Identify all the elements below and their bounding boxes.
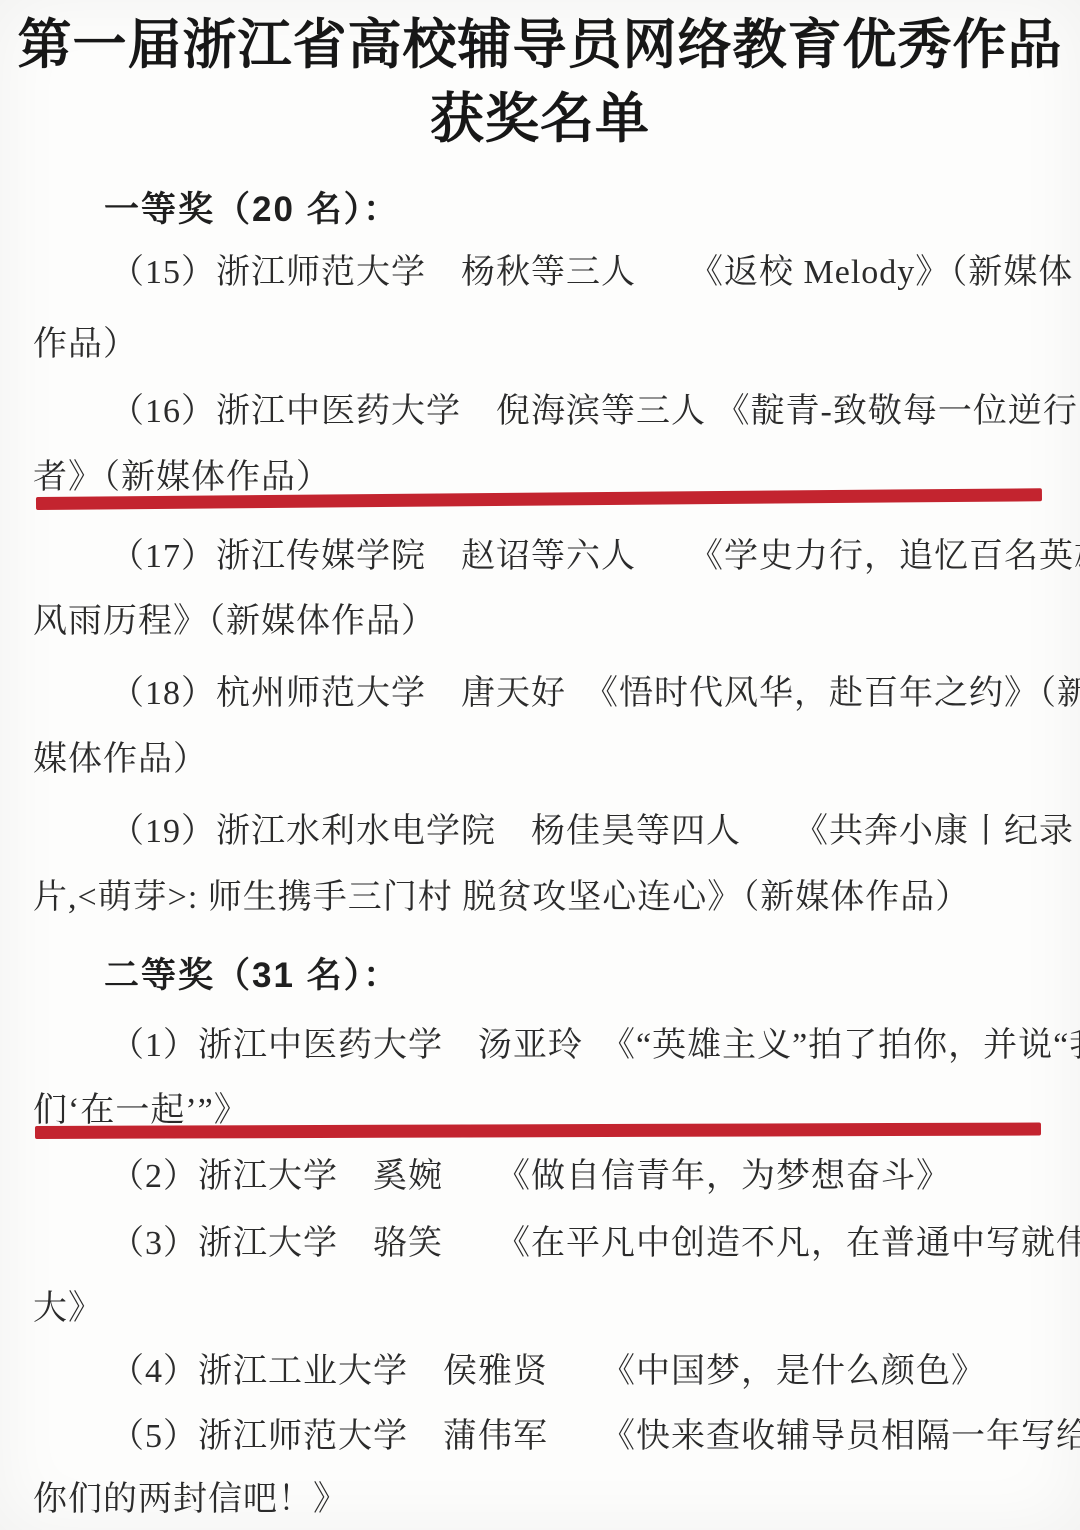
- title-line-2: 获奖名单: [0, 88, 1080, 150]
- entry-15-line-1: （15）浙江师范大学 杨秋等三人 《返校 Melody》（新媒体: [110, 253, 1073, 292]
- entry-3-line-2: 大》: [33, 1289, 103, 1328]
- entry-18-line-1: （18）杭州师范大学 唐天好 《悟时代风华，赴百年之约》（新: [110, 674, 1080, 713]
- title-line-1: 第一届浙江省高校辅导员网络教育优秀作品: [0, 14, 1080, 76]
- entry-17-line-1: （17）浙江传媒学院 赵诏等六人 《学史力行，追忆百名英雄: [110, 537, 1080, 576]
- second-prize-header: 二等奖（31 名）：: [104, 956, 400, 996]
- entry-18-line-2: 媒体作品）: [33, 740, 208, 779]
- entry-19-line-1: （19）浙江水利水电学院 杨佳昊等四人 《共奔小康丨纪录: [110, 812, 1074, 851]
- document-page: 第一届浙江省高校辅导员网络教育优秀作品获奖名单一等奖（20 名）：（15）浙江师…: [0, 0, 1080, 1530]
- entry-3-line-1: （3）浙江大学 骆笑 《在平凡中创造不凡，在普通中写就伟: [110, 1224, 1080, 1263]
- entry-5-line-2: 你们的两封信吧！》: [33, 1480, 348, 1519]
- entry-1-line-1: （1）浙江中医药大学 汤亚玲 《“英雄主义”拍了拍你，并说“我: [110, 1026, 1080, 1065]
- entry-17-line-2: 风雨历程》（新媒体作品）: [33, 602, 436, 641]
- entry-16-line-1: （16）浙江中医药大学 倪海滨等三人 《靛青-致敬每一位逆行: [110, 392, 1078, 431]
- entry-2-line-1: （2）浙江大学 奚婉 《做自信青年，为梦想奋斗》: [110, 1157, 951, 1196]
- entry-5-line-1: （5）浙江师范大学 蒲伟军 《快来查收辅导员相隔一年写给: [110, 1417, 1080, 1456]
- entry-19-line-2: 片,<萌芽>: 师生携手三门村 脱贫攻坚心连心》（新媒体作品）: [33, 878, 970, 917]
- entry-15-line-2: 作品）: [33, 325, 138, 364]
- entry-4-line-1: （4）浙江工业大学 侯雅贤 《中国梦，是什么颜色》: [110, 1352, 986, 1391]
- red-underline-2: [35, 1122, 1041, 1139]
- entry-1-line-2: 们‘在一起’”》: [33, 1091, 249, 1130]
- entry-16-line-2: 者》（新媒体作品）: [33, 458, 331, 497]
- first-prize-header: 一等奖（20 名）：: [104, 190, 400, 230]
